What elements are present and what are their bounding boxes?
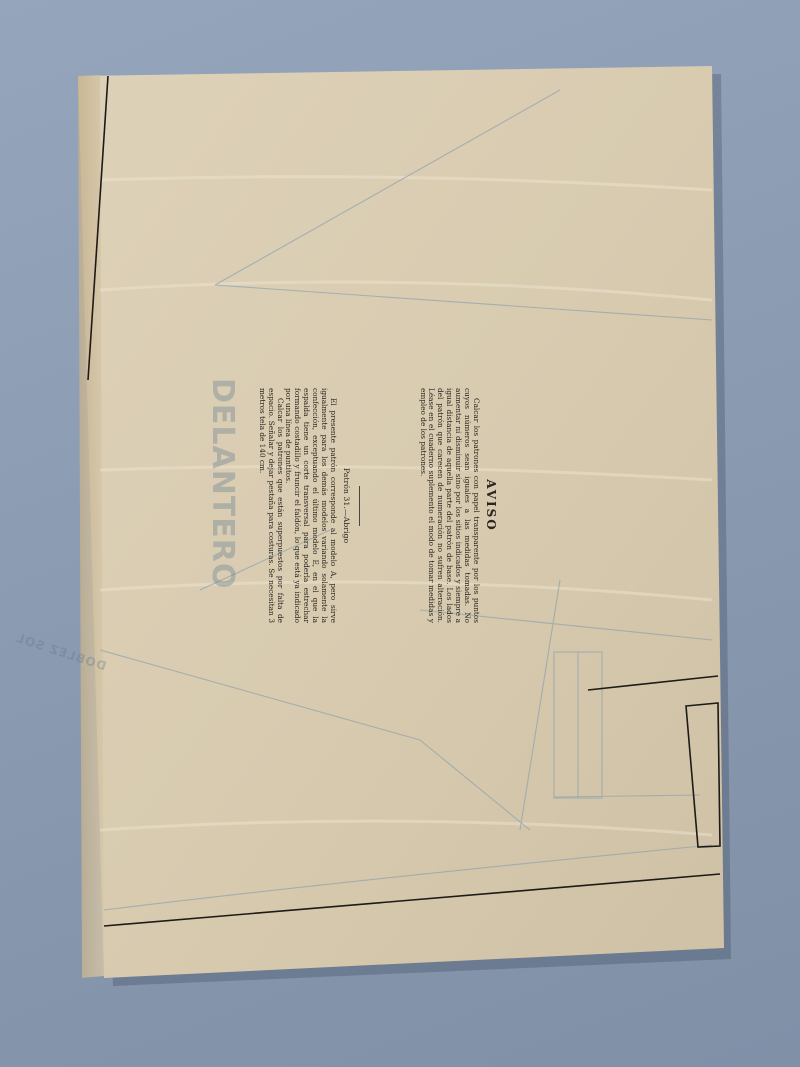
stamp-delantero: DELANTERO	[205, 378, 240, 589]
folded-edge	[78, 75, 104, 978]
pattern-sheet	[0, 0, 800, 1067]
patron-paragraph-1: El presente patrón corresponde al modelo…	[284, 388, 337, 623]
divider	[359, 486, 360, 526]
patron-paragraph-2: Calcar los patrones que están superpuest…	[257, 388, 284, 623]
patron-section: Patrón 31.—Abrigo El presente patrón cor…	[257, 388, 360, 623]
patron-title: Patrón 31.—Abrigo	[342, 388, 351, 623]
aviso-notice: AVISO Calcar los patrones con papel tran…	[418, 388, 498, 623]
aviso-body: Calcar los patrones con papel transparen…	[418, 388, 480, 623]
aviso-title: AVISO	[484, 388, 498, 623]
paper-body	[78, 66, 724, 978]
